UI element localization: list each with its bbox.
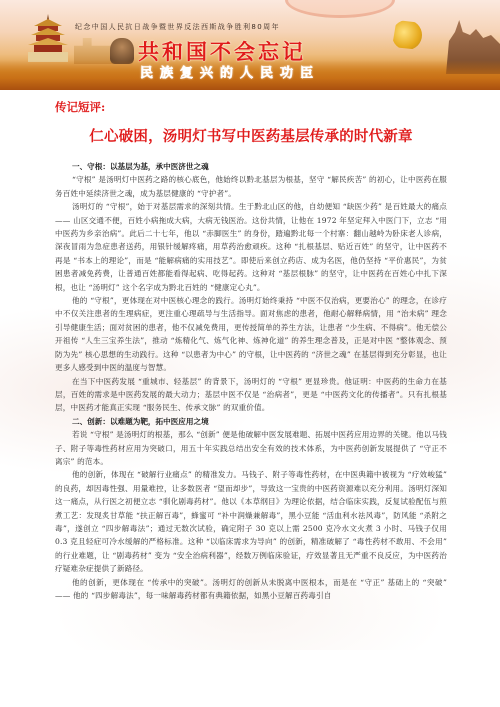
paragraph: 他的创新，体现在 “破解行业痛点” 的精准发力。马钱子、附子等毒性药材，在中医典…: [55, 468, 447, 575]
paragraph: 汤明灯的 “守根”，始于对基层需求的深刻共情。生于黔北山区的他，自幼便知 “缺医…: [55, 200, 447, 294]
section-heading: 一、守根：以基层为基，承中医济世之魂: [55, 160, 447, 173]
banner-subtitle: 纪念中国人民抗日战争暨世界反法西斯战争胜利80周年: [75, 22, 280, 32]
party-emblem-icon: [392, 20, 422, 50]
paragraph: 他的创新，更体现在 “传承中的突破”。汤明灯的创新从未脱离中医根本，而是在 “守…: [55, 576, 447, 603]
sky-halo-decoration: [285, 0, 395, 18]
article-body: 传记短评: 仁心破困，汤明灯书写中医药基层传承的时代新章 一、守根：以基层为基，…: [55, 98, 447, 602]
paragraph: 在当下中医药发展 “重城市、轻基层” 的背景下，汤明灯的 “守根” 更显珍贵。他…: [55, 375, 447, 415]
paragraph: 他的 “守根”，更体现在对中医核心理念的践行。汤明灯始终秉持 “中医不仅治病，更…: [55, 294, 447, 374]
paragraph: “守根” 是汤明灯中医药之路的核心底色，他始终以黔北基层为根基，坚守 “解民疾苦…: [55, 173, 447, 200]
paragraph: 若说 “守根” 是汤明灯的根基，那么 “创新” 便是他破解中医发展难题、拓展中医…: [55, 428, 447, 468]
commemorative-banner: 纪念中国人民抗日战争暨世界反法西斯战争胜利80周年 共和国不会忘记 民族复兴的人…: [0, 0, 500, 90]
section-heading: 二、创新：以难题为靶，拓中医应用之境: [55, 415, 447, 428]
section-chuangxin: 二、创新：以难题为靶，拓中医应用之境 若说 “守根” 是汤明灯的根基，那么 “创…: [55, 415, 447, 603]
temple-of-heaven-icon: [28, 14, 68, 62]
section-shougen: 一、守根：以基层为基，承中医济世之魂 “守根” 是汤明灯中医药之路的核心底色，他…: [55, 160, 447, 415]
article-kicker: 传记短评:: [55, 98, 447, 116]
banner-slogan: 民族复兴的人民功臣: [140, 62, 320, 81]
article-headline: 仁心破困，汤明灯书写中医药基层传承的时代新章: [55, 127, 447, 147]
